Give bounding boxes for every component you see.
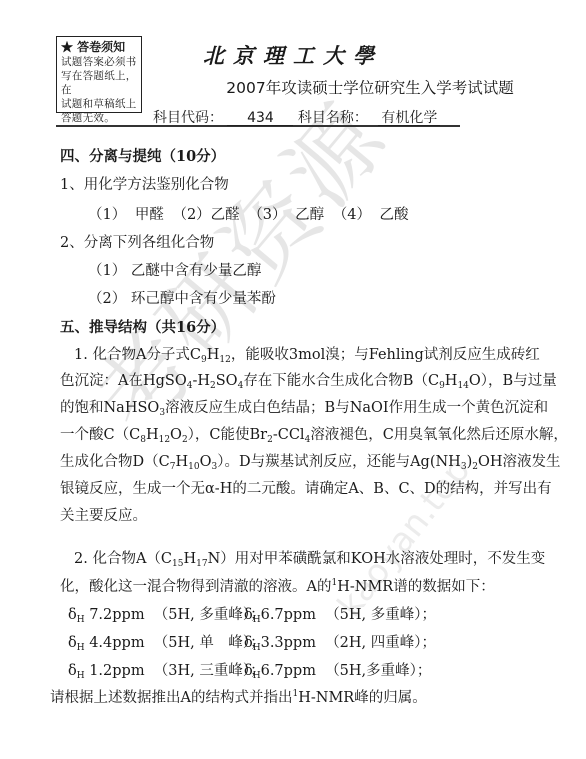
s5-q1-line: 银镜反应，生成一个无α-H的二元酸。请确定A、B、C、D的结构，并写出有	[60, 480, 552, 498]
subject-code: 434	[227, 111, 293, 126]
section5-heading: 五、推导结构（共16分）	[60, 319, 225, 337]
section4-q1: 1、用化学方法鉴别化合物	[60, 176, 229, 194]
nmr-entry: δH 1.2ppm （3H, 三重峰）；	[68, 662, 265, 680]
notice-line: 试题和草稿纸上	[61, 97, 137, 111]
s5-q1-line: 的饱和NaHSO3溶液反应生成白色结晶；B与NaOI作用生成一个黄色沉淀和	[60, 399, 548, 417]
section4-q2-item: （1） 乙醚中含有少量乙醇	[88, 262, 261, 280]
university-name: 北京理工大學	[0, 40, 586, 70]
s5-q1-line: 1. 化合物A分子式C9H12，能吸收3mol溴；与Fehling试剂反应生成砖…	[74, 346, 540, 364]
subject-name-label: 科目名称：	[298, 110, 368, 126]
s5-q1-line: 生成化合物D（C7H10O3）。D与羰基试剂反应，还能与Ag(NH3)2OH溶液…	[60, 453, 561, 471]
s5-q2-line: 2. 化合物A（C15H17N）用对甲苯磺酰氯和KOH水溶液处理时，不发生变	[74, 550, 545, 568]
section4-heading: 四、分离与提纯（10分）	[60, 148, 225, 166]
s5-q2-line: 化，酸化这一混合物得到清澈的溶液。A的1H-NMR谱的数据如下：	[60, 578, 495, 596]
s5-q2-conclusion: 请根据上述数据推出A的结构式并指出1H-NMR峰的归属。	[50, 689, 427, 707]
s5-q1-line: 一个酸C（C8H12O2），C能使Br2-CCl4溶液褪色，C用臭氧氧化然后还原…	[60, 426, 568, 444]
subject-name: 有机化学	[378, 111, 440, 126]
watermark-latin: kaoyan.top	[330, 450, 478, 624]
section4-q2-item: （2） 环己醇中含有少量苯酚	[88, 290, 276, 308]
nmr-entry: δH 4.4ppm （5H, 单 峰）；	[68, 634, 265, 652]
s5-q1-line: 色沉淀：A在HgSO4-H2SO4存在下能水合生成化合物B（C9H14O），B与…	[60, 372, 557, 390]
nmr-entry: δH3.3ppm （2H, 四重峰）；	[244, 634, 436, 652]
notice-line: 写在答题纸上，在	[61, 69, 137, 97]
section4-q2: 2、分离下列各组化合物	[60, 234, 214, 252]
subject-row: 科目代码： 434 科目名称： 有机化学	[153, 107, 440, 127]
section4-q1-options: （1） 甲醛 （2）乙醛 （3） 乙醇 （4） 乙酸	[88, 206, 409, 224]
notice-line: 答题无效。	[61, 111, 137, 125]
subject-code-label: 科目代码：	[153, 110, 223, 126]
s5-q1-line: 关主要反应。	[60, 507, 147, 525]
nmr-entry: δH6.7ppm （5H,多重峰）；	[244, 662, 431, 680]
nmr-entry: δH6.7ppm （5H, 多重峰）；	[244, 606, 436, 624]
nmr-entry: δH 7.2ppm （5H, 多重峰）；	[68, 606, 265, 624]
exam-title: 2007年攻读硕士学位研究生入学考试试题	[160, 76, 580, 98]
